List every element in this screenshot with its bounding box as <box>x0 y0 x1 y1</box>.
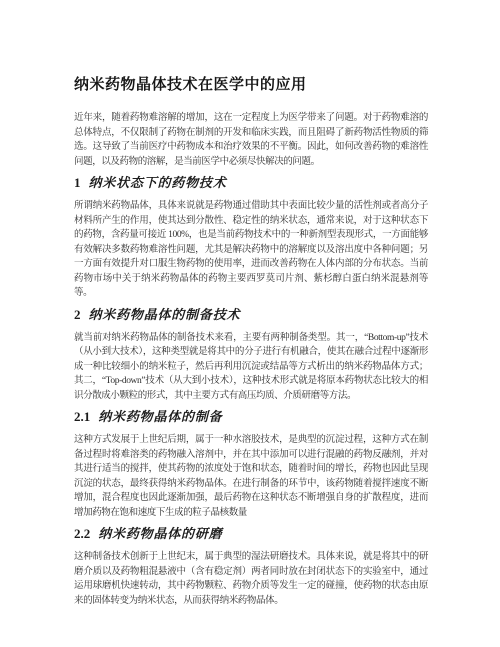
section-1-number: 1 <box>74 175 81 190</box>
document-title: 纳米药物晶体技术在医学中的应用 <box>74 76 428 93</box>
section-2-1-heading-text: 纳米药物晶体的制备 <box>98 409 222 424</box>
section-2-1: 2.1 纳米药物晶体的制备 这种方式发展于上世纪后期，属于一种水溶胶技术，是典型… <box>74 409 428 520</box>
section-2-1-paragraph: 这种方式发展于上世纪后期，属于一种水溶胶技术，是典型的沉淀过程，这种方式在制备过… <box>74 433 428 520</box>
section-1-heading: 1 纳米状态下的药物技术 <box>74 175 428 190</box>
section-2-2-heading: 2.2 纳米药物晶体的研磨 <box>74 526 428 541</box>
section-2-1-heading: 2.1 纳米药物晶体的制备 <box>74 409 428 424</box>
section-1: 1 纳米状态下的药物技术 所谓纳米药物晶体，具体来说就是药物通过借助其中表面比较… <box>74 175 428 301</box>
section-2-1-number: 2.1 <box>74 409 90 424</box>
section-2-2-paragraph: 这种制备技术创新于上世纪末，属于典型的湿法研磨技术。具体来说，就是将其中的研磨介… <box>74 550 428 608</box>
section-2-2-heading-text: 纳米药物晶体的研磨 <box>98 526 222 541</box>
section-2-2-number: 2.2 <box>74 526 90 541</box>
section-2-heading: 2 纳米药物晶体的制备技术 <box>74 307 428 322</box>
section-2: 2 纳米药物晶体的制备技术 就当前对纳米药物晶体的制备技术来看，主要有两种制备类… <box>74 307 428 404</box>
intro-paragraph: 近年来，随着药物难溶解的增加，这在一定程度上为医学带来了问题。对于药物难溶的总体… <box>74 111 428 169</box>
document-page: 纳米药物晶体技术在医学中的应用 近年来，随着药物难溶解的增加，这在一定程度上为医… <box>0 0 500 647</box>
section-2-heading-text: 纳米药物晶体的制备技术 <box>89 307 241 322</box>
section-1-paragraph: 所谓纳米药物晶体，具体来说就是药物通过借助其中表面比较少量的活性剂或者高分子材料… <box>74 199 428 301</box>
section-2-number: 2 <box>74 307 81 322</box>
section-2-2: 2.2 纳米药物晶体的研磨 这种制备技术创新于上世纪末，属于典型的湿法研磨技术。… <box>74 526 428 608</box>
section-1-heading-text: 纳米状态下的药物技术 <box>89 175 227 190</box>
document-content: 纳米药物晶体技术在医学中的应用 近年来，随着药物难溶解的增加，这在一定程度上为医… <box>74 76 428 608</box>
section-2-paragraph: 就当前对纳米药物晶体的制备技术来看，主要有两种制备类型。其一，“Bottom-u… <box>74 331 428 404</box>
